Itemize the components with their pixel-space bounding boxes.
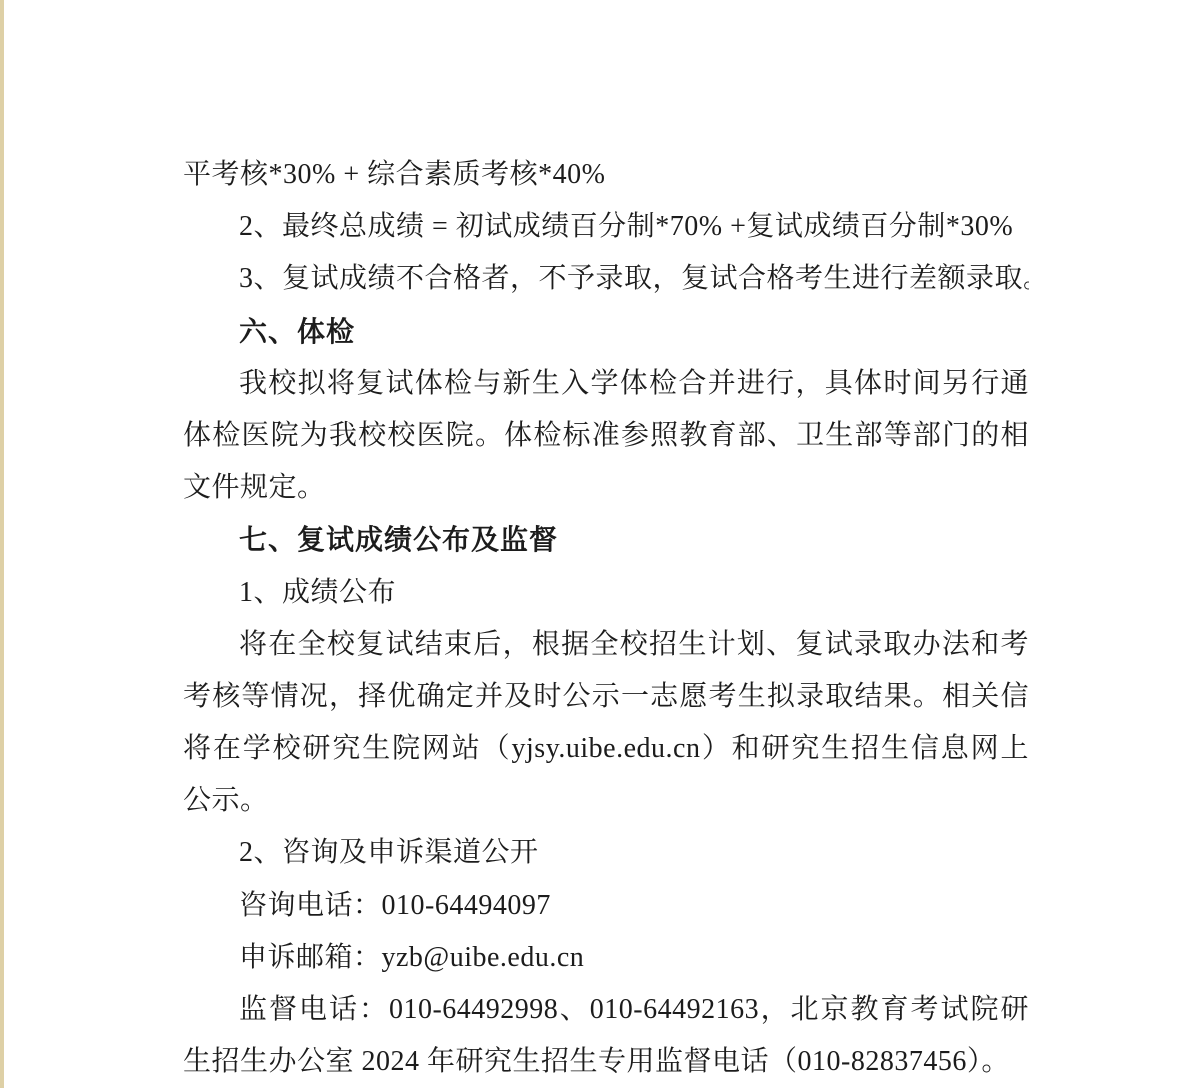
text-line: 公示。 xyxy=(183,775,1029,827)
section-heading: 七、复试成绩公布及监督 xyxy=(183,514,1029,566)
section-heading: 六、体检 xyxy=(183,306,1029,358)
text-line: 生招生办公室 2024 年研究生招生专用监督电话（010-82837456）。 xyxy=(183,1036,1029,1088)
text-line: 文件规定。 xyxy=(183,462,1029,514)
text-line: 3、复试成绩不合格者，不予录取，复试合格考生进行差额录取。 xyxy=(183,253,1029,305)
page-left-edge-strip xyxy=(0,0,4,1088)
document-page: 平考核*30% + 综合素质考核*40%2、最终总成绩 = 初试成绩百分制*70… xyxy=(183,149,1029,1088)
text-line: 申诉邮箱：yzb@uibe.edu.cn xyxy=(183,932,1029,984)
text-line: 我校拟将复试体检与新生入学体检合并进行，具体时间另行通知。 xyxy=(183,358,1029,410)
text-line: 将在全校复试结束后，根据全校招生计划、复试录取办法和考试 xyxy=(183,619,1029,671)
page: { "page": { "bg_color": "#ffffff", "text… xyxy=(0,0,1190,1088)
text-line: 考核等情况，择优确定并及时公示一志愿考生拟录取结果。相关信息 xyxy=(183,671,1029,723)
text-line: 咨询电话：010-64494097 xyxy=(183,880,1029,932)
text-line: 监督电话：010-64492998、010-64492163，北京教育考试院研究 xyxy=(183,984,1029,1036)
text-line: 将在学校研究生院网站（yjsy.uibe.edu.cn）和研究生招生信息网上 xyxy=(183,723,1029,775)
text-line: 平考核*30% + 综合素质考核*40% xyxy=(183,149,1029,201)
text-line: 1、成绩公布 xyxy=(183,567,1029,619)
document-body: 平考核*30% + 综合素质考核*40%2、最终总成绩 = 初试成绩百分制*70… xyxy=(183,149,1029,1088)
text-line: 2、咨询及申诉渠道公开 xyxy=(183,827,1029,879)
text-line: 体检医院为我校校医院。体检标准参照教育部、卫生部等部门的相关 xyxy=(183,410,1029,462)
text-line: 2、最终总成绩 = 初试成绩百分制*70% +复试成绩百分制*30% xyxy=(183,201,1029,253)
